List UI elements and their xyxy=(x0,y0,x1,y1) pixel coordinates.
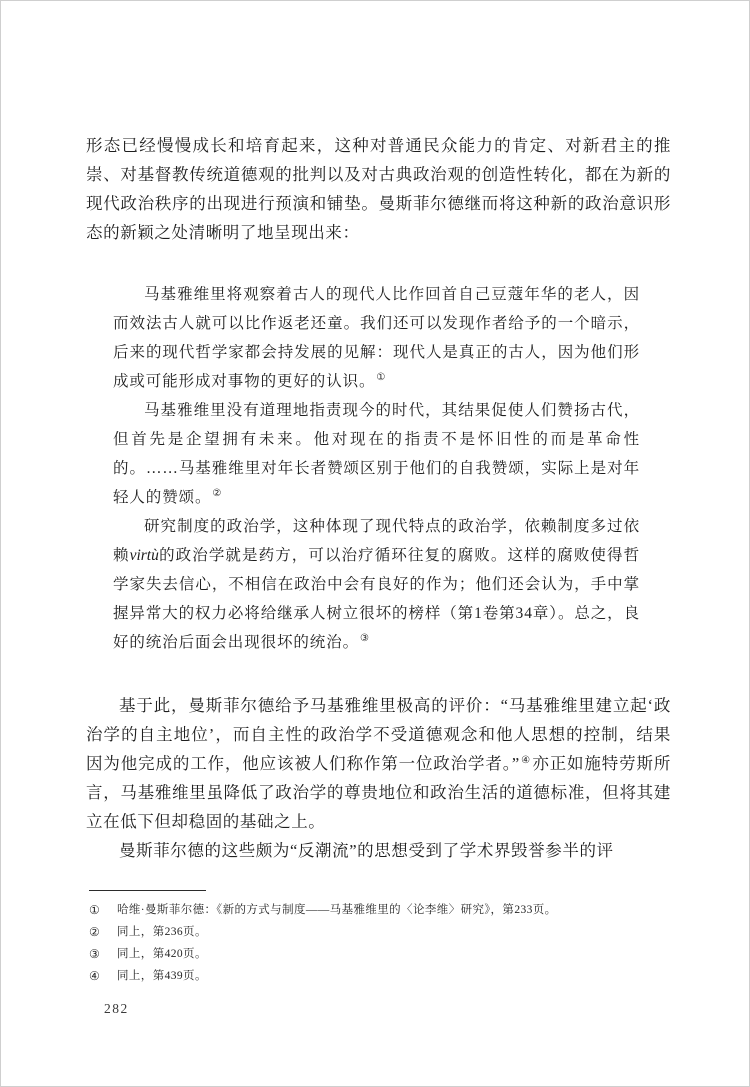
quote-paragraph-3-text-post: 的政治学就是药方，可以治疗循环往复的腐败。这样的腐败使得哲学家失去信心，不相信在… xyxy=(113,547,640,651)
footnote-marker-4: ④ xyxy=(521,755,531,766)
footnote-item-1: ① 哈维·曼斯菲尔德：《新的方式与制度——马基雅维里的〈论李维〉研究》，第233… xyxy=(89,899,671,921)
block-quote: 马基雅维里将观察着古人的现代人比作回首自己豆蔻年华的老人，因而效法古人就可以比作… xyxy=(113,280,640,657)
footnote-marker-3: ③ xyxy=(360,633,369,644)
commentary-paragraph: 基于此，曼斯菲尔德给予马基雅维里极高的评价：“马基雅维里建立起‘政治学的自主地位… xyxy=(86,691,671,836)
footnote-marker-2: ② xyxy=(212,488,221,499)
book-page: 形态已经慢慢成长和培育起来，这种对普通民众能力的肯定、对新君主的推崇、对基督教传… xyxy=(0,0,750,1087)
footnote-item-3: ③ 同上，第420页。 xyxy=(89,943,671,965)
quote-paragraph-2-text: 马基雅维里没有道理地指责现今的时代，其结果促使人们赞扬古代，但首先是企望拥有未来… xyxy=(113,402,640,506)
opening-paragraph: 形态已经慢慢成长和培育起来，这种对普通民众能力的肯定、对新君主的推崇、对基督教传… xyxy=(86,131,671,247)
footnote-marker-1: ① xyxy=(376,372,385,383)
footnotes: ① 哈维·曼斯菲尔德：《新的方式与制度——马基雅维里的〈论李维〉研究》，第233… xyxy=(89,899,671,987)
quote-paragraph-1: 马基雅维里将观察着古人的现代人比作回首自己豆蔻年华的老人，因而效法古人就可以比作… xyxy=(113,280,640,396)
footnote-number-4: ④ xyxy=(89,965,117,987)
body-text: 形态已经慢慢成长和培育起来，这种对普通民众能力的肯定、对新君主的推崇、对基督教传… xyxy=(86,131,671,865)
quote-paragraph-3: 研究制度的政治学，这种体现了现代特点的政治学，依赖制度多过依赖virtù的政治学… xyxy=(113,512,640,657)
footnote-item-4: ④ 同上，第439页。 xyxy=(89,965,671,987)
footnote-text-4: 同上，第439页。 xyxy=(117,965,671,987)
page-number: 282 xyxy=(104,1001,129,1017)
latin-term-virtu: virtù xyxy=(130,547,159,564)
footnote-number-3: ③ xyxy=(89,943,117,965)
footnote-text-1: 哈维·曼斯菲尔德：《新的方式与制度——马基雅维里的〈论李维〉研究》，第233页。 xyxy=(117,899,671,921)
closing-paragraph: 曼斯菲尔德的这些颇为“反潮流”的思想受到了学术界毁誉参半的评 xyxy=(86,836,671,865)
footnote-divider xyxy=(89,890,206,891)
footnote-item-2: ② 同上，第236页。 xyxy=(89,921,671,943)
quote-paragraph-2: 马基雅维里没有道理地指责现今的时代，其结果促使人们赞扬古代，但首先是企望拥有未来… xyxy=(113,396,640,512)
footnote-number-2: ② xyxy=(89,921,117,943)
footnote-text-3: 同上，第420页。 xyxy=(117,943,671,965)
footnote-text-2: 同上，第236页。 xyxy=(117,921,671,943)
footnote-number-1: ① xyxy=(89,899,117,921)
